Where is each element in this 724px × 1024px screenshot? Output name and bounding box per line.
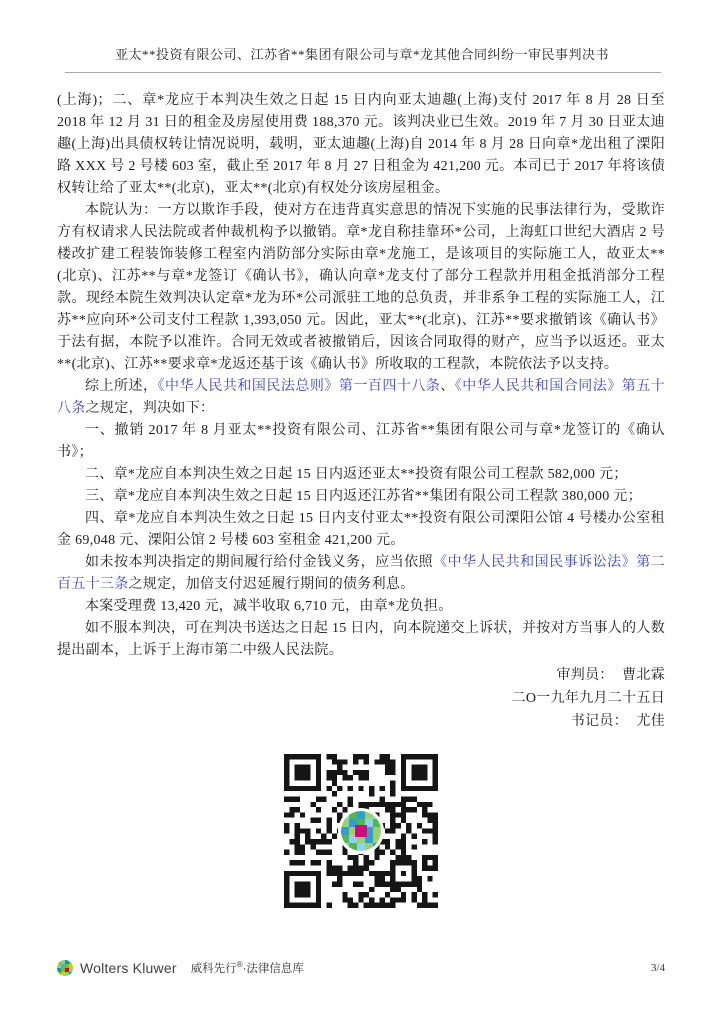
document-title: 亚太**投资有限公司、江苏省**集团有限公司与章*龙其他合同纠纷一审民事判决书 [0,44,724,63]
wolters-kluwer-qr-center-logo-icon [338,808,384,854]
text-segment: 之规定，判决如下： [86,401,215,416]
page-number: 3/4 [651,962,665,974]
interest-clause-paragraph: 如未按本判决指定的期间履行给付金钱义务，应当依照《中华人民共和国民事诉讼法》第二… [57,552,665,596]
product-name-suffix: ·法律信息库 [243,963,304,975]
ruling-item-2: 二、章*龙应自本判决生效之日起 15 日内返还亚太**投资有限公司工程款 582… [57,464,665,486]
document-body: (上海)；二、章*龙应于本判决生效之日起 15 日内向亚太迪趣(上海)支付 20… [0,73,724,908]
judge-label: 审判员： [557,668,614,683]
court-fee-paragraph: 本案受理费 13,420 元，减半收取 6,710 元，由章*龙负担。 [57,596,665,618]
judgment-page: 亚太**投资有限公司、江苏省**集团有限公司与章*龙其他合同纠纷一审民事判决书 … [0,0,724,1024]
clerk-name: 尤佳 [636,714,665,729]
judge-name: 曹北霖 [622,668,665,683]
brand-name: Wolters Kluwer [80,960,177,976]
pinwheel-icon [341,811,381,851]
ruling-item-1: 一、撤销 2017 年 8 月亚太**投资有限公司、江苏省**集团有限公司与章*… [57,420,665,464]
clerk-label: 书记员： [571,714,628,729]
appeal-notice-paragraph: 如不服本判决，可在判决书送达之日起 15 日内，向本院递交上诉状，并按对方当事人… [57,618,665,662]
text-segment: 之规定，加倍支付迟延履行期间的债务利息。 [129,577,415,592]
judge-line: 审判员：曹北霖 [57,664,665,687]
law-link-civil-law-general-provisions[interactable]: 《中华人民共和国民法总则》第一百四十八条 [157,379,440,394]
judgment-date: 二O一九年九月二十五日 [57,687,665,710]
text-segment: 、 [440,379,455,394]
text-segment: 综上所述， [85,379,157,394]
ruling-item-4: 四、章*龙应自本判决生效之日起 15 日内支付亚太**投资有限公司溧阳公馆 4 … [57,508,665,552]
wolters-kluwer-logo-icon [57,960,73,976]
ruling-intro-paragraph: 综上所述，《中华人民共和国民法总则》第一百四十八条、《中华人民共和国合同法》第五… [57,376,665,420]
court-opinion-paragraph: 本院认为：一方以欺诈手段，使对方在违背真实意思的情况下实施的民事法律行为，受欺诈… [57,200,665,376]
document-header: 亚太**投资有限公司、江苏省**集团有限公司与章*龙其他合同纠纷一审民事判决书 [0,0,724,73]
pinwheel-icon [57,960,73,976]
continuation-paragraph: (上海)；二、章*龙应于本判决生效之日起 15 日内向亚太迪趣(上海)支付 20… [57,90,665,200]
page-footer: Wolters Kluwer 威科先行®·法律信息库 3/4 [57,960,665,976]
product-name: 威科先行®·法律信息库 [191,960,304,976]
qr-code [284,754,438,908]
ruling-item-3: 三、章*龙应自本判决生效之日起 15 日内返还江苏省**集团有限公司工程款 38… [57,486,665,508]
clerk-line: 书记员：尤佳 [57,710,665,733]
product-name-cn: 威科先行 [191,963,237,975]
signature-block: 审判员：曹北霖 二O一九年九月二十五日 书记员：尤佳 [57,664,665,733]
text-segment: 如未按本判决指定的期间履行给付金钱义务，应当依照 [85,555,433,570]
